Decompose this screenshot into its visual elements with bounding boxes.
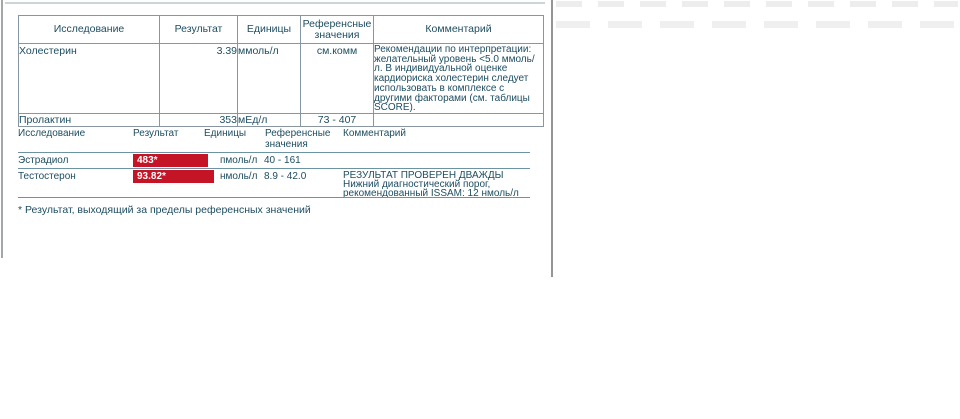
column-header-result: Результат <box>160 16 238 44</box>
column-header-result: Результат <box>133 129 178 139</box>
out-of-range-footnote: * Результат, выходящий за пределы рефере… <box>18 204 311 216</box>
page-divider-vertical-line <box>551 0 553 277</box>
table-bottom-line <box>18 197 530 198</box>
column-header-study: Исследование <box>19 16 160 44</box>
table-row-prolactin: Пролактин 353 мЕд/л 73 - 407 <box>19 113 544 126</box>
analyte-name: Эстрадиол <box>18 156 69 166</box>
reference-range: 8.9 - 42.0 <box>264 172 306 182</box>
column-header-comment: Комментарий <box>374 16 544 44</box>
table-header-row: Исследование Результат Единицы Референсн… <box>19 16 544 44</box>
column-header-units: Единицы <box>204 129 246 139</box>
result-comment: Рекомендации по интерпретации: желательн… <box>374 44 544 114</box>
units-value: пмоль/л <box>220 156 257 166</box>
analyte-name: Пролактин <box>19 113 160 126</box>
analyte-name: Холестерин <box>19 44 160 114</box>
lab-report-page: Исследование Результат Единицы Референсн… <box>0 0 960 419</box>
reference-range: см.комм <box>301 44 374 114</box>
faded-dash-row-bottom <box>556 21 958 28</box>
faded-dash-row-top <box>556 1 958 7</box>
reference-range: 73 - 407 <box>301 113 374 126</box>
table-row-cholesterol: Холестерин 3.39 ммоль/л см.комм Рекоменд… <box>19 44 544 114</box>
results-table-bordered: Исследование Результат Единицы Референсн… <box>18 15 544 127</box>
page-edge-left-line <box>1 0 3 258</box>
units-value: мЕд/л <box>238 113 301 126</box>
flagged-result-badge: 483* <box>133 154 208 167</box>
units-value: ммоль/л <box>238 44 301 114</box>
column-header-reference: Референсные значения <box>301 16 374 44</box>
result-comment <box>374 113 544 126</box>
result-value: 3.39 <box>160 44 238 114</box>
column-header-reference: Референсные значения <box>265 129 337 150</box>
row-divider-line <box>18 168 530 169</box>
analyte-name: Тестостерон <box>18 172 76 182</box>
result-value: 353 <box>160 113 238 126</box>
column-header-comment: Комментарий <box>343 129 406 139</box>
column-header-study: Исследование <box>18 129 85 139</box>
page-edge-top-line <box>5 2 545 4</box>
flagged-result-badge: 93.82* <box>133 170 214 183</box>
units-value: нмоль/л <box>220 172 257 182</box>
header-divider-line <box>18 152 530 153</box>
column-header-units: Единицы <box>238 16 301 44</box>
reference-range: 40 - 161 <box>264 156 301 166</box>
